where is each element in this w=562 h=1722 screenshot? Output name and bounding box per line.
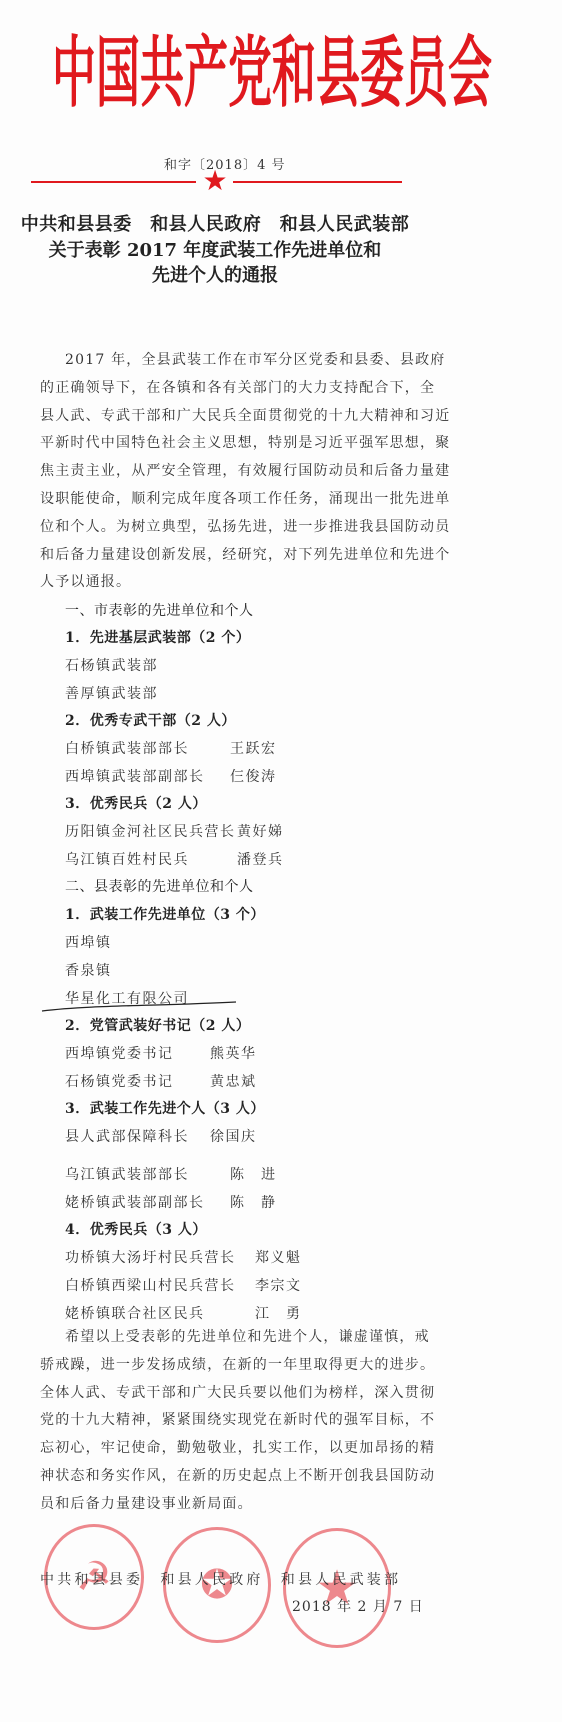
list-item: 历阳镇金河社区民兵营长 黄好娣 [65, 821, 236, 841]
section2-group1-title: 1．武装工作先进单位（3 个） [65, 904, 265, 924]
unit-name: 白桥镇西梁山村民兵营长 [65, 1278, 236, 1294]
masthead-char: 党 [228, 0, 272, 154]
person-name: 黄好娣 [237, 821, 284, 841]
list-item: 功桥镇大汤圩村民兵营长 郑义魁 [65, 1247, 236, 1267]
section2-group4-title: 4．优秀民兵（3 人） [65, 1219, 207, 1239]
intro-line: 县人武、专武干部和广大民兵全面贯彻党的十九大精神和习近 [40, 403, 395, 431]
person-name: 陈 静 [230, 1192, 277, 1212]
closing-line: 骄戒躁，进一步发扬成绩，在新的一年里取得更大的进步。 [40, 1352, 395, 1380]
intro-line: 2017 年，全县武装工作在市军分区党委和县委、县政府 [40, 347, 395, 375]
closing-line: 党的十九大精神，紧紧围绕实现党在新时代的强军目标，不 [40, 1407, 395, 1435]
section1-group3-title: 3．优秀民兵（2 人） [65, 793, 207, 813]
person-name: 熊英华 [210, 1043, 257, 1063]
intro-line: 位和个人。为树立典型，弘扬先进，进一步推进我县国防动员 [40, 514, 395, 542]
list-item: 乌江镇武装部部长 陈 进 [65, 1164, 189, 1184]
masthead-char: 中 [52, 0, 96, 154]
list-item: 善厚镇武装部 [65, 683, 158, 703]
person-name: 潘登兵 [237, 849, 284, 869]
closing-paragraph: 希望以上受表彰的先进单位和先进个人，谦虚谨慎，戒 骄戒躁，进一步发扬成绩，在新的… [40, 1324, 395, 1519]
document-title-line1: 中共和县县委 和县人民政府 和县人民武装部 [0, 212, 430, 238]
unit-name: 石杨镇武装部 [65, 658, 158, 674]
masthead-title: 中 国 共 产 党 和 县 委 员 会 [52, 30, 382, 120]
list-item: 西埠镇 [65, 932, 112, 952]
intro-line: 人予以通报。 [40, 569, 395, 597]
masthead-char: 委 [360, 0, 404, 154]
person-name: 徐国庆 [210, 1126, 257, 1146]
red-divider-left [31, 181, 196, 183]
closing-line: 希望以上受表彰的先进单位和先进个人，谦虚谨慎，戒 [40, 1324, 395, 1352]
list-item: 石杨镇武装部 [65, 655, 158, 675]
masthead-char: 和 [272, 0, 316, 154]
section1-group1-title: 1．先进基层武装部（2 个） [65, 627, 250, 647]
red-divider-right [233, 181, 402, 183]
intro-line: 和后备力量建设创新发展，经研究，对下列先进单位和先进个 [40, 542, 395, 570]
unit-name: 历阳镇金河社区民兵营长 [65, 824, 236, 840]
unit-name: 县人武部保障科长 [65, 1129, 189, 1145]
masthead-char: 产 [184, 0, 228, 154]
unit-name: 乌江镇武装部部长 [65, 1167, 189, 1183]
section1-group2-title: 2．优秀专武干部（2 人） [65, 710, 236, 730]
unit-name: 姥桥镇武装部副部长 [65, 1195, 205, 1211]
intro-paragraph: 2017 年，全县武装工作在市军分区党委和县委、县政府 的正确领导下，在各镇和各… [40, 347, 395, 597]
unit-name: 香泉镇 [65, 963, 112, 979]
document-title-line3: 先进个人的通报 [0, 263, 430, 289]
masthead-char: 共 [140, 0, 184, 154]
section2-group2-title: 2．党管武装好书记（2 人） [65, 1015, 250, 1035]
list-item: 白桥镇武装部部长 王跃宏 [65, 738, 189, 758]
section1-heading: 一、市表彰的先进单位和个人 [65, 600, 254, 620]
masthead-char: 国 [96, 0, 140, 154]
unit-name: 白桥镇武装部部长 [65, 741, 189, 757]
person-name: 郑义魁 [255, 1247, 302, 1267]
unit-name: 善厚镇武装部 [65, 686, 158, 702]
unit-name: 功桥镇大汤圩村民兵营长 [65, 1250, 236, 1266]
document-title-line2: 关于表彰 2017 年度武装工作先进单位和 [0, 238, 430, 264]
unit-name: 姥桥镇联合社区民兵 [65, 1306, 205, 1322]
list-item: 石杨镇党委书记 黄忠斌 [65, 1071, 174, 1091]
unit-name: 乌江镇百姓村民兵 [65, 852, 189, 868]
person-name: 李宗文 [255, 1275, 302, 1295]
person-name: 黄忠斌 [210, 1071, 257, 1091]
person-name: 陈 进 [230, 1164, 277, 1184]
section2-heading: 二、县表彰的先进单位和个人 [65, 876, 254, 896]
list-item: 白桥镇西梁山村民兵营长 李宗文 [65, 1275, 236, 1295]
unit-name: 西埠镇党委书记 [65, 1046, 174, 1062]
closing-line: 员和后备力量建设事业新局面。 [40, 1491, 395, 1519]
intro-line: 焦主责主业，从严安全管理，有效履行国防动员和后备力量建 [40, 458, 395, 486]
masthead-char: 员 [404, 0, 448, 154]
closing-line: 神状态和务实作风，在新的历史起点上不断开创我县国防动 [40, 1463, 395, 1491]
star-icon: ★ [200, 167, 230, 195]
intro-line: 平新时代中国特色社会主义思想，特别是习近平强军思想，聚 [40, 430, 395, 458]
list-item: 乌江镇百姓村民兵 潘登兵 [65, 849, 189, 869]
signers: 中共和县县委 和县人民政府 和县人民武装部 [40, 1569, 401, 1589]
sign-date: 2018 年 2 月 7 日 [292, 1596, 424, 1616]
closing-line: 忘初心，牢记使命，勤勉敬业，扎实工作，以更加昂扬的精 [40, 1435, 395, 1463]
document-page: 中 国 共 产 党 和 县 委 员 会 和字〔2018〕4 号 ★ 中共和县县委… [0, 0, 562, 1722]
masthead-char: 县 [316, 0, 360, 154]
person-name: 王跃宏 [230, 738, 277, 758]
list-item: 县人武部保障科长 徐国庆 [65, 1126, 189, 1146]
section2-group3-title: 3．武装工作先进个人（3 人） [65, 1098, 265, 1118]
list-item: 西埠镇武装部副部长 仨俊涛 [65, 766, 205, 786]
unit-name: 石杨镇党委书记 [65, 1074, 174, 1090]
list-item: 姥桥镇武装部副部长 陈 静 [65, 1192, 205, 1212]
list-item: 姥桥镇联合社区民兵 江 勇 [65, 1303, 205, 1323]
list-item: 香泉镇 [65, 960, 112, 980]
list-item: 西埠镇党委书记 熊英华 [65, 1043, 174, 1063]
handwritten-underline [40, 1000, 240, 1012]
intro-line: 的正确领导下，在各镇和各有关部门的大力支持配合下，全 [40, 375, 395, 403]
closing-line: 全体人武、专武干部和广大民兵要以他们为榜样，深入贯彻 [40, 1380, 395, 1408]
unit-name: 西埠镇武装部副部长 [65, 769, 205, 785]
masthead-char: 会 [448, 0, 492, 154]
person-name: 仨俊涛 [230, 766, 277, 786]
person-name: 江 勇 [255, 1303, 302, 1323]
unit-name: 西埠镇 [65, 935, 112, 951]
intro-line: 设职能使命，顺利完成年度各项工作任务，涌现出一批先进单 [40, 486, 395, 514]
